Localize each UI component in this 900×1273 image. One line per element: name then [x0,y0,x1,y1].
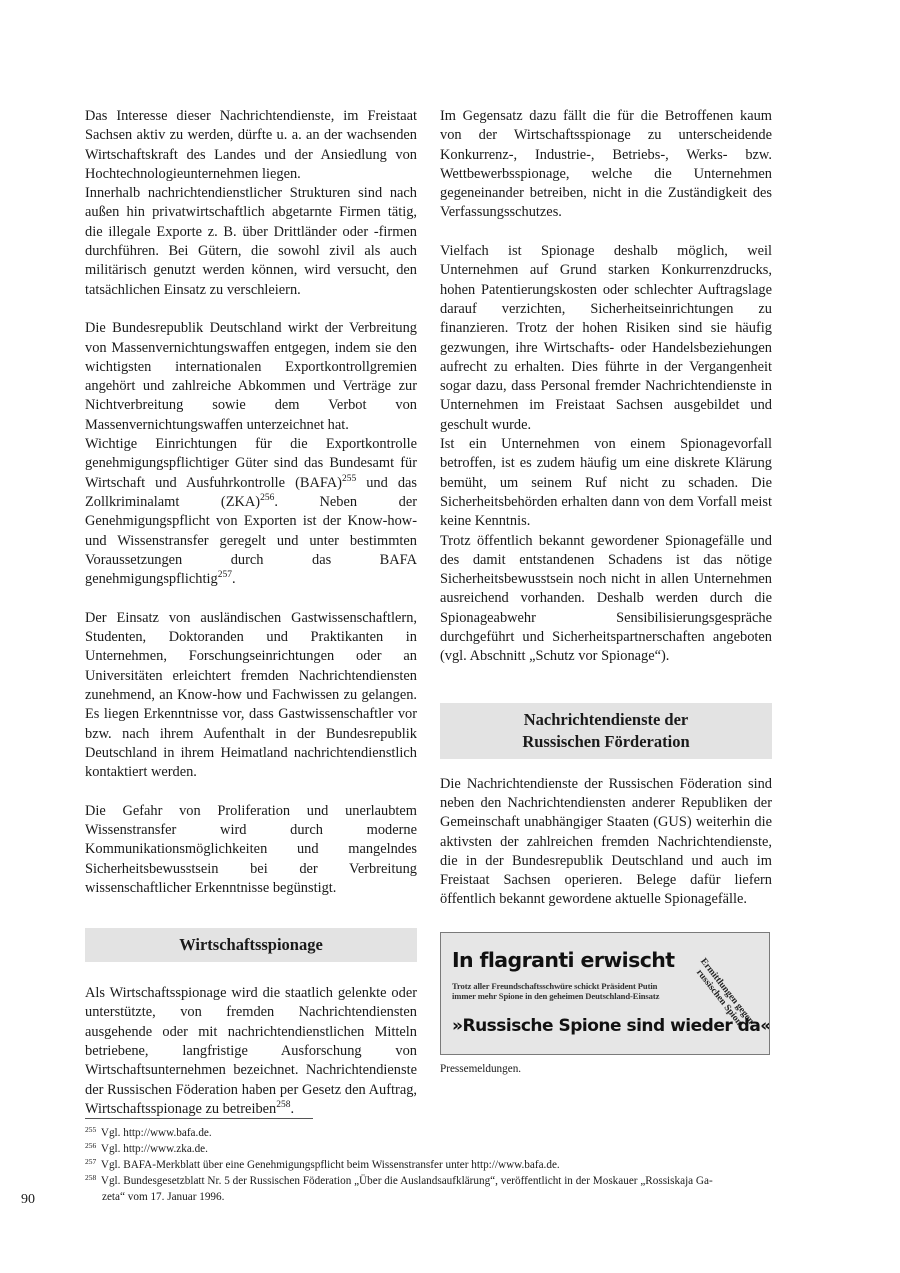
paragraph-text: . [290,1101,294,1117]
paragraph: Die Nachrichtendienste der Russischen Fö… [440,775,772,910]
paragraph: Vielfach ist Spionage deshalb möglich, w… [440,242,772,435]
paragraph-text: Als Wirtschaftsspionage wird die staatli… [85,985,417,1117]
footnote-divider [85,1118,313,1119]
press-clipping-image: In flagranti erwischt Trotz aller Freund… [440,932,770,1055]
footnotes: 255 Vgl. http://www.bafa.de. 256 Vgl. ht… [85,1125,775,1205]
footnote-text: Vgl. Bundesgesetzblatt Nr. 5 der Russisc… [101,1175,713,1187]
footnote-text-continued: zeta“ vom 17. Januar 1996. [85,1189,775,1205]
press-quote: »Russische Spione sind wieder da« [452,1017,770,1036]
footnote-number: 255 [85,1125,96,1134]
paragraph: Wichtige Einrichtungen für die Exportkon… [85,435,417,589]
heading-line: Russischen Förderation [522,732,689,751]
press-subline-text: Trotz aller Freundschaftsschwüre schickt… [452,981,657,991]
paragraph: Im Gegensatz dazu fällt die für die Betr… [440,107,772,223]
footnote-ref[interactable]: 258 [276,1100,290,1110]
press-subline-text: immer mehr Spione in den geheimen Deutsc… [452,991,659,1001]
footnote: 258 Vgl. Bundesgesetzblatt Nr. 5 der Rus… [85,1173,775,1205]
footnote-ref[interactable]: 257 [218,570,232,580]
footnote-text: Vgl. BAFA-Merkblatt über eine Genehmigun… [101,1159,560,1171]
footnote-ref[interactable]: 255 [342,474,356,484]
paragraph: Der Einsatz von ausländischen Gastwissen… [85,609,417,783]
paragraph: Trotz öffentlich bekannt gewordener Spio… [440,532,772,667]
page-number: 90 [21,1192,35,1208]
footnote: 255 Vgl. http://www.bafa.de. [85,1125,775,1141]
section-heading-wirtschaftsspionage: Wirtschaftsspionage [85,928,417,962]
paragraph: Die Bundesrepublik Deutschland wirkt der… [85,319,417,435]
press-headline: In flagranti erwischt [452,951,674,970]
paragraph: Die Gefahr von Proliferation und unerlau… [85,802,417,898]
paragraph-text: . [232,571,236,587]
footnote-ref[interactable]: 256 [260,493,274,503]
footnote-number: 258 [85,1173,96,1182]
footnote: 256 Vgl. http://www.zka.de. [85,1141,775,1157]
footnote-number: 257 [85,1157,96,1166]
left-column: Das Interesse dieser Nachrichtendienste,… [85,107,417,1119]
footnote: 257 Vgl. BAFA-Merkblatt über eine Genehm… [85,1157,775,1173]
footnote-text: Vgl. http://www.zka.de. [101,1143,208,1155]
right-column: Im Gegensatz dazu fällt die für die Betr… [440,107,772,1076]
footnote-text: Vgl. http://www.bafa.de. [101,1127,212,1139]
image-caption: Pressemeldungen. [440,1062,772,1076]
paragraph: Innerhalb nachrichtendienstlicher Strukt… [85,184,417,300]
paragraph: Ist ein Unternehmen von einem Spionagevo… [440,435,772,531]
paragraph: Als Wirtschaftsspionage wird die staatli… [85,984,417,1119]
heading-line: Nachrichtendienste der [524,710,689,729]
press-subline: Trotz aller Freundschaftsschwüre schickt… [452,981,659,1002]
section-heading-russian-services: Nachrichtendienste der Russischen Förder… [440,703,772,759]
paragraph: Das Interesse dieser Nachrichtendienste,… [85,107,417,184]
footnote-number: 256 [85,1141,96,1150]
